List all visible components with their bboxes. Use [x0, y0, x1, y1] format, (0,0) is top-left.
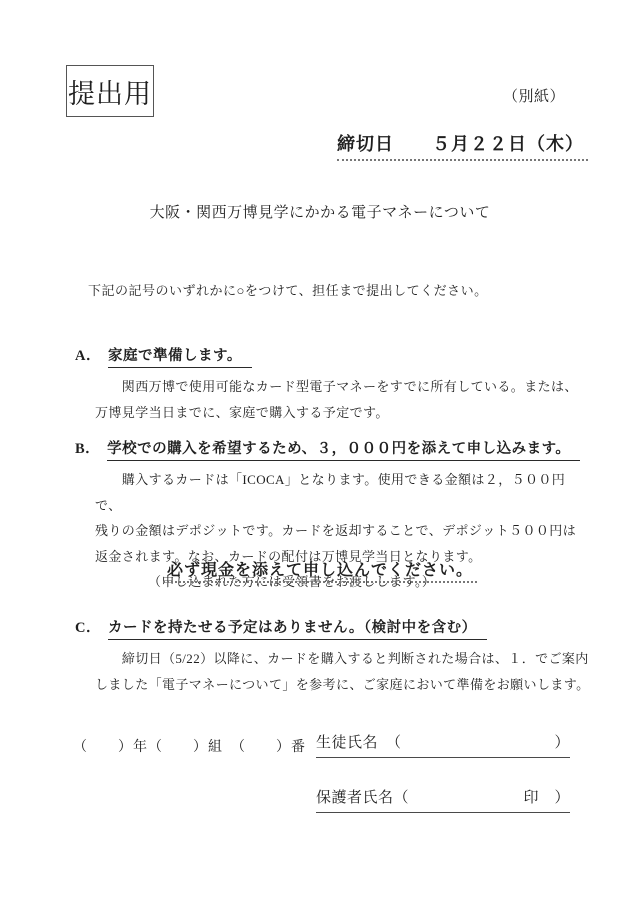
section-b-heading-text: 学校での購入を希望するため、３，０００円を添えて申し込みます。: [107, 437, 580, 461]
section-c-heading: C．カードを持たせる予定はありません。（検討中を含む）: [75, 616, 590, 640]
instruction-text: 下記の記号のいずれかに○をつけて、担任まで提出してください。: [88, 280, 488, 299]
submission-stamp-box: 提出用: [66, 65, 154, 117]
section-a-body: 関西万博で使用可能なカード型電子マネーをすでに所有している。または、 万博見学当…: [75, 374, 590, 425]
student-name-field: 生徒氏名 （ ）: [316, 731, 570, 758]
section-c: C．カードを持たせる予定はありません。（検討中を含む） 締切日（5/22）以降に…: [75, 616, 590, 697]
section-a-label: A．: [75, 344, 101, 365]
cash-emphasis-line: 必ず現金を添えて申し込んでください。: [0, 557, 640, 580]
section-c-label: C．: [75, 616, 101, 637]
page-title: 大阪・関西万博見学にかかる電子マネーについて: [0, 201, 640, 222]
attachment-note: （別紙）: [503, 85, 565, 106]
guardian-name-label: 保護者氏名（: [316, 786, 409, 807]
section-a-heading-text: 家庭で準備します。: [108, 344, 252, 368]
section-c-body: 締切日（5/22）以降に、カードを購入すると判断された場合は、１．でご案内 しま…: [75, 646, 590, 697]
guardian-name-field: 保護者氏名（ 印 ）: [316, 786, 570, 813]
guardian-seal-close: 印 ）: [523, 786, 570, 807]
student-name-close-paren: ）: [554, 731, 570, 752]
student-name-label: 生徒氏名 （: [316, 731, 402, 752]
section-a-heading: A．家庭で準備します。: [75, 344, 590, 368]
section-a: A．家庭で準備します。 関西万博で使用可能なカード型電子マネーをすでに所有してい…: [75, 344, 590, 425]
deadline-text: 締切日 ５月２２日（木）: [337, 130, 588, 161]
section-b-body: 購入するカードは「ICOCA」となります。使用できる金額は２，５００円で、 残り…: [75, 467, 590, 569]
cash-emphasis-text: 必ず現金を添えて申し込んでください。: [163, 562, 477, 583]
section-c-heading-text: カードを持たせる予定はありません。（検討中を含む）: [108, 616, 487, 640]
section-b-heading: B．学校での購入を希望するため、３，０００円を添えて申し込みます。: [75, 437, 590, 461]
class-grade-number-line: （ ）年（ ）組 （ ）番: [73, 736, 306, 756]
document-page: 提出用 （別紙） 締切日 ５月２２日（木） 大阪・関西万博見学にかかる電子マネー…: [0, 0, 640, 904]
section-b-label: B．: [75, 437, 100, 458]
submission-stamp-label: 提出用: [68, 72, 152, 111]
